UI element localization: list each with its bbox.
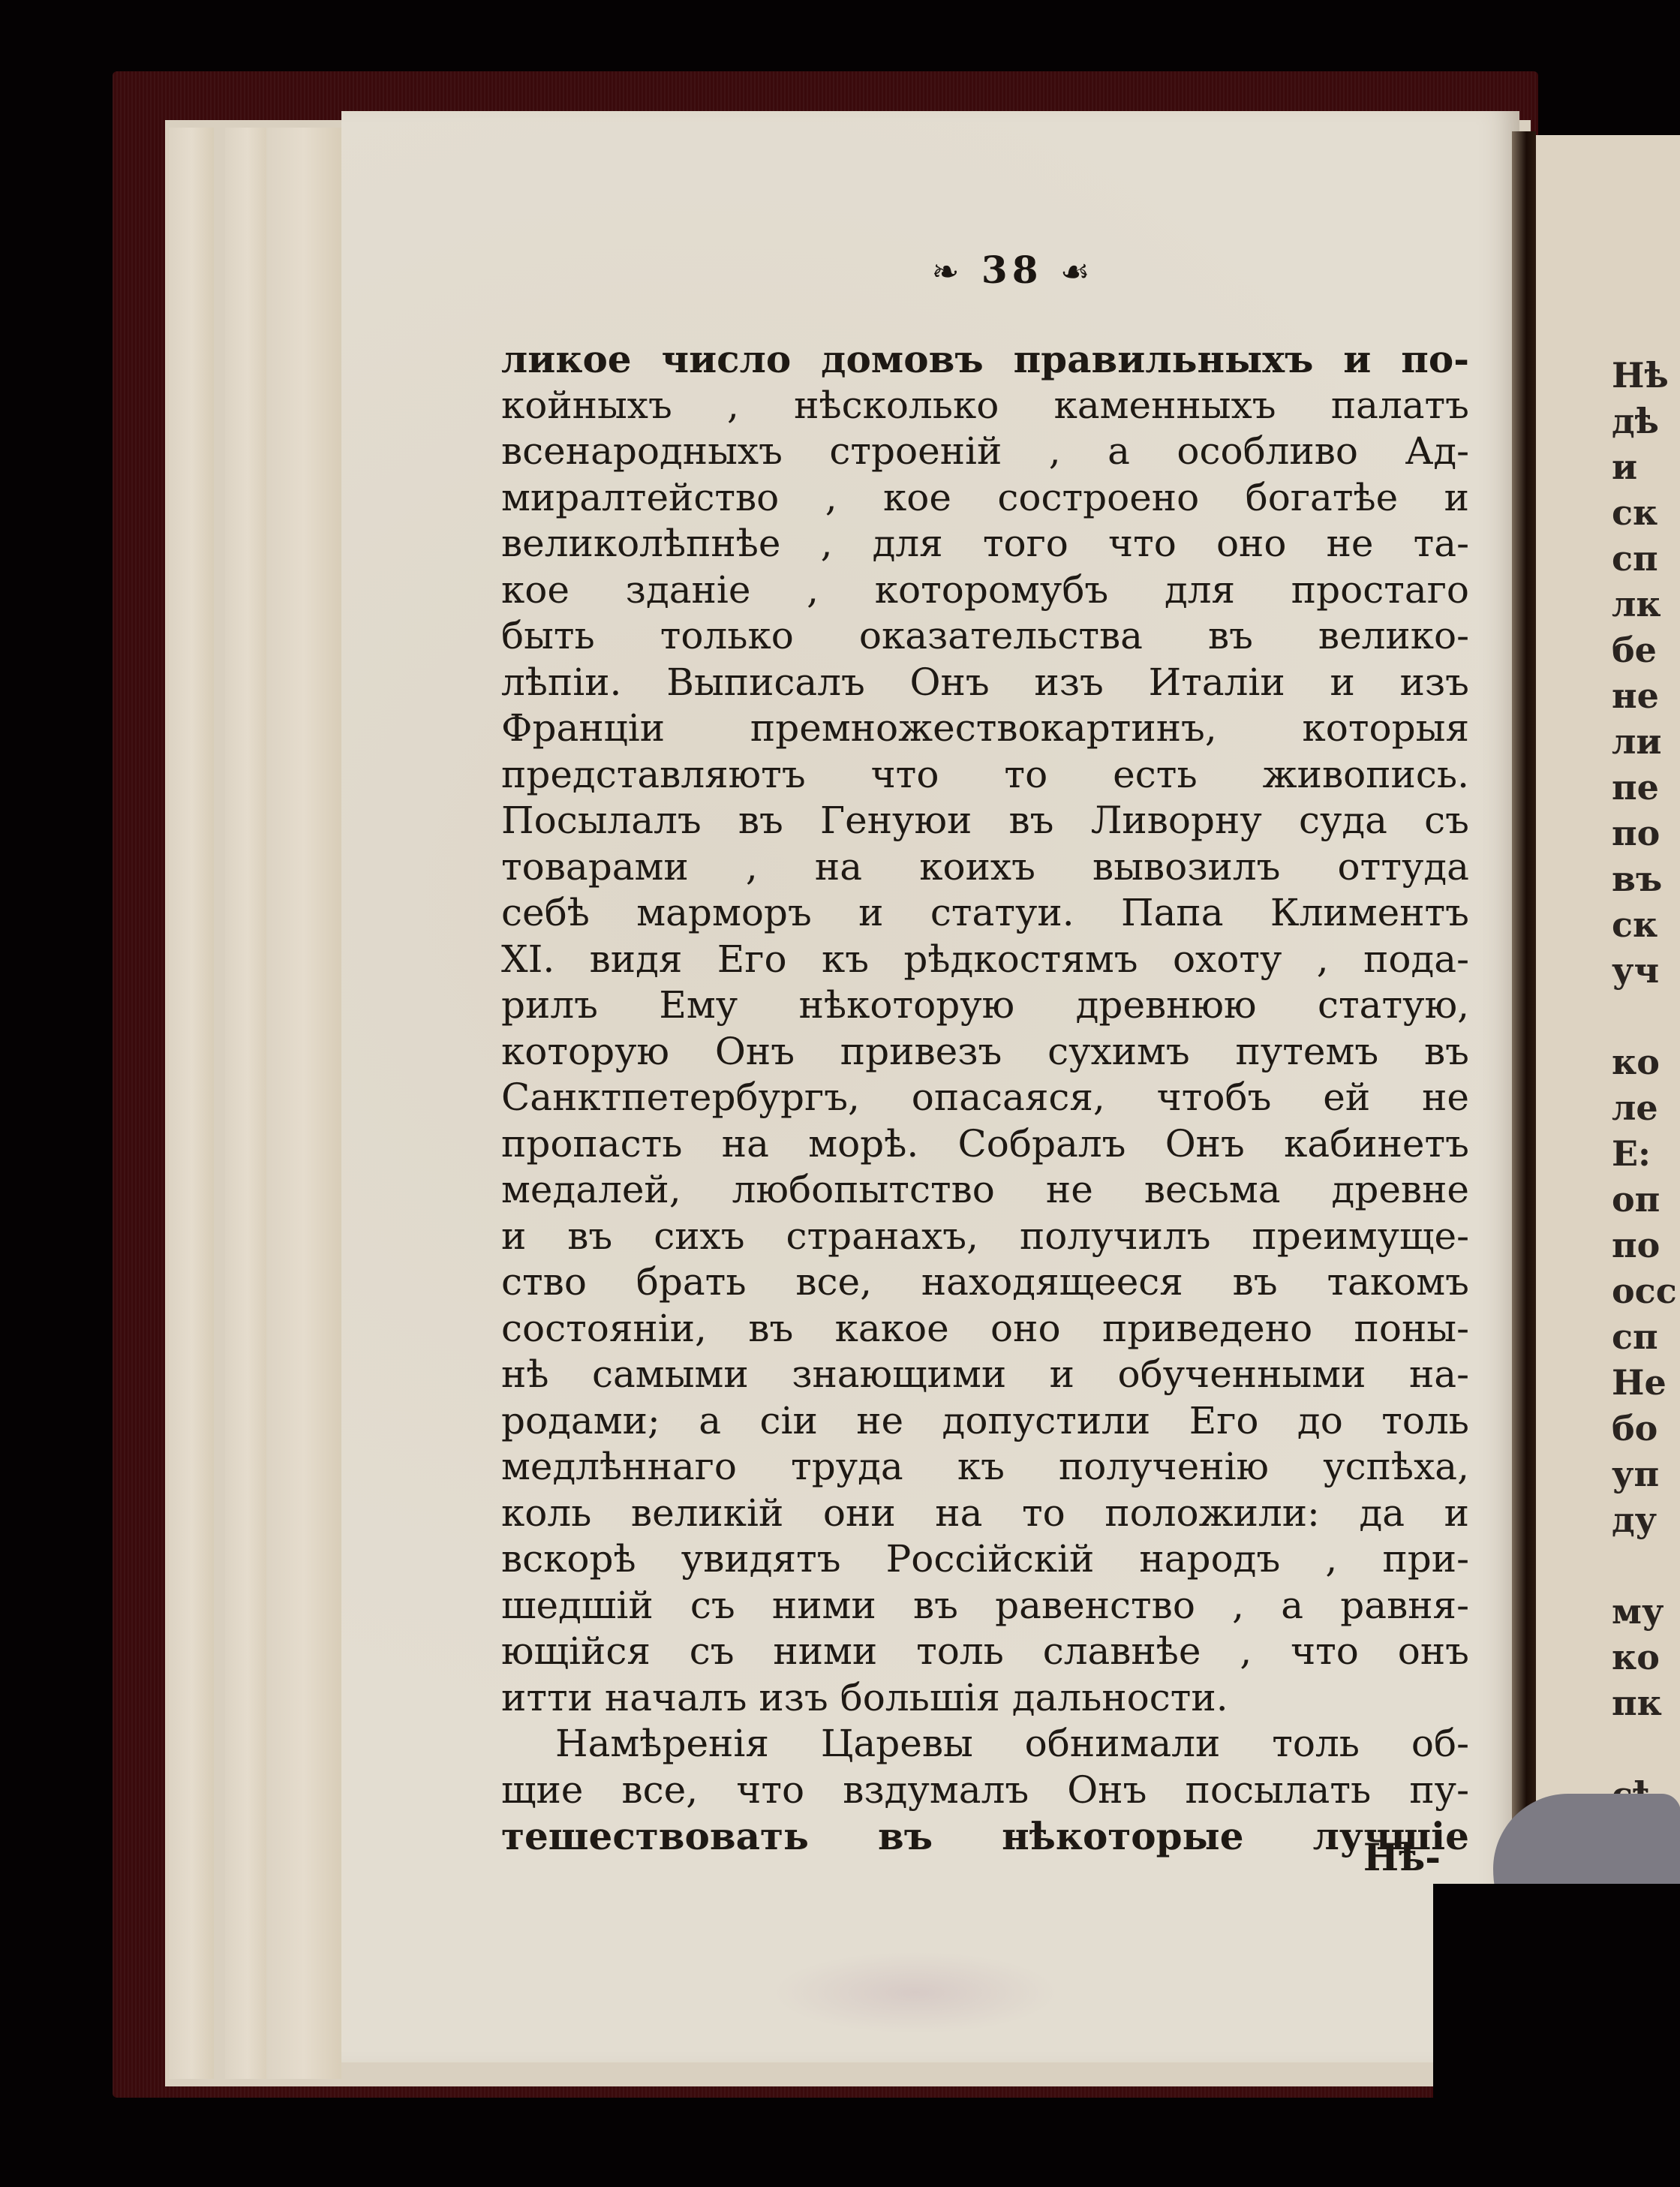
page-edge — [266, 128, 341, 2079]
text-line: лѣпiи. Выписалъ Онъ изъ Италiи и изъ — [501, 660, 1469, 706]
fragment: Не — [1612, 1360, 1680, 1406]
paper-stain — [773, 1951, 1058, 2034]
fragment: дѣ — [1612, 399, 1680, 444]
text-line: ющiйся съ ними толь славнѣе , что онъ — [501, 1629, 1469, 1675]
fragment: ду — [1612, 1497, 1680, 1543]
fragment-gap — [1612, 1543, 1680, 1589]
fragment: не — [1612, 673, 1680, 719]
fragment: сп — [1612, 536, 1680, 582]
fragment: лк — [1612, 582, 1680, 627]
text-line: рилъ Ему нѣкоторую древнюю статую, — [501, 982, 1469, 1029]
text-line: Санктпетербургъ, опасаяся, чтобъ ей не — [501, 1075, 1469, 1121]
text-line: коль великiй они на то положили: да и — [501, 1491, 1469, 1537]
text-line: медалей, любопытство не весьма древне — [501, 1167, 1469, 1214]
fragment: ск — [1612, 490, 1680, 536]
text-line: койныхъ , нѣсколько каменныхъ палатъ — [501, 383, 1469, 429]
text-line: быть только оказательства въ велико- — [501, 613, 1469, 660]
page-edge — [225, 128, 270, 2079]
fragment: ли — [1612, 719, 1680, 765]
text-line: и въ сихъ странахъ, получилъ преимуще- — [501, 1214, 1469, 1260]
fragment: пк — [1612, 1680, 1680, 1726]
fragment: бо — [1612, 1406, 1680, 1451]
text-line: XI. видя Его къ рѣдкостямъ охоту , пода- — [501, 937, 1469, 983]
fragment: Нѣ — [1612, 353, 1680, 399]
paragraph-start-line: Намѣренiя Царевы обнимали толь об- — [501, 1721, 1469, 1767]
fragment: по — [1612, 1223, 1680, 1268]
text-line: которую Онъ привезъ сухимъ путемъ въ — [501, 1029, 1469, 1075]
fragment: осс — [1612, 1268, 1680, 1314]
text-line: Посылалъ въ Генуюи въ Ливорну суда съ — [501, 798, 1469, 844]
text-line: товарами , на коихъ вывозилъ оттуда — [501, 844, 1469, 891]
text-line: шедшiй съ ними въ равенство , а равня- — [501, 1583, 1469, 1629]
fragment: ле — [1612, 1085, 1680, 1131]
torn-corner-shadow — [1433, 1884, 1680, 2187]
text-line: великолѣпнѣе , для того что оно не та- — [501, 521, 1469, 567]
text-line: миралтейство , кое состроено богатѣе и — [501, 475, 1469, 522]
page-body-text: ликое число домовъ правильныхъ и по- кой… — [501, 336, 1469, 1860]
fragment: ко — [1612, 1039, 1680, 1085]
fragment: пе — [1612, 765, 1680, 811]
fragment: сп — [1612, 1314, 1680, 1360]
page-header: ❧ 38 ☙ — [825, 248, 1201, 292]
text-line: Францiи премножествокартинъ, которыя — [501, 705, 1469, 752]
text-line: ство брать все, находящееся въ такомъ — [501, 1259, 1469, 1306]
right-page-text-fragments: Нѣ дѣ и ск сп лк бе не ли пе по въ ск уч… — [1612, 353, 1680, 1864]
text-line: нѣ самыми знающими и обученными на- — [501, 1352, 1469, 1398]
fragment: по — [1612, 811, 1680, 856]
text-line: состоянiи, въ какое оно приведено поны- — [501, 1306, 1469, 1352]
fragment: Е: — [1612, 1131, 1680, 1177]
fragment: уч — [1612, 948, 1680, 994]
ornament-left-icon: ❧ — [932, 253, 964, 291]
catchword: Нѣ- — [1328, 1835, 1441, 1879]
fragment: и — [1612, 444, 1680, 490]
ornament-right-icon: ☙ — [1060, 253, 1094, 291]
fragment-gap — [1612, 994, 1680, 1039]
text-line: себѣ марморъ и статуи. Папа Климентъ — [501, 890, 1469, 937]
text-line: всенародныхъ строенiй , а особливо Ад- — [501, 429, 1469, 475]
text-line: тешествовать въ нѣкоторые лучшiе — [501, 1813, 1469, 1860]
text-line: медлѣннаго труда къ полученiю успѣха, — [501, 1444, 1469, 1491]
text-line: пропасть на морѣ. Собралъ Онъ кабинетъ — [501, 1121, 1469, 1168]
text-line: кое зданiе , которомубъ для простаго — [501, 567, 1469, 614]
text-line: представляютъ что то есть живопись. — [501, 752, 1469, 799]
fragment: оп — [1612, 1177, 1680, 1223]
text-line: родами; а сiи не допустили Его до толь — [501, 1398, 1469, 1445]
fragment: ск — [1612, 902, 1680, 948]
fragment: въ — [1612, 856, 1680, 902]
text-line: вскорѣ увидятъ Россiйскiй народъ , при- — [501, 1536, 1469, 1583]
fragment: уп — [1612, 1451, 1680, 1497]
fragment: бе — [1612, 627, 1680, 673]
text-line: ликое число домовъ правильныхъ и по- — [501, 336, 1469, 383]
fragment: ко — [1612, 1635, 1680, 1680]
fragment: му — [1612, 1589, 1680, 1635]
fragment-gap — [1612, 1726, 1680, 1772]
text-line: щие все, что вздумалъ Онъ посылать пу- — [501, 1767, 1469, 1814]
text-line: итти началъ изъ большiя дальности. — [501, 1675, 1469, 1722]
page-number: 38 — [981, 248, 1043, 292]
page-edge — [169, 128, 214, 2079]
